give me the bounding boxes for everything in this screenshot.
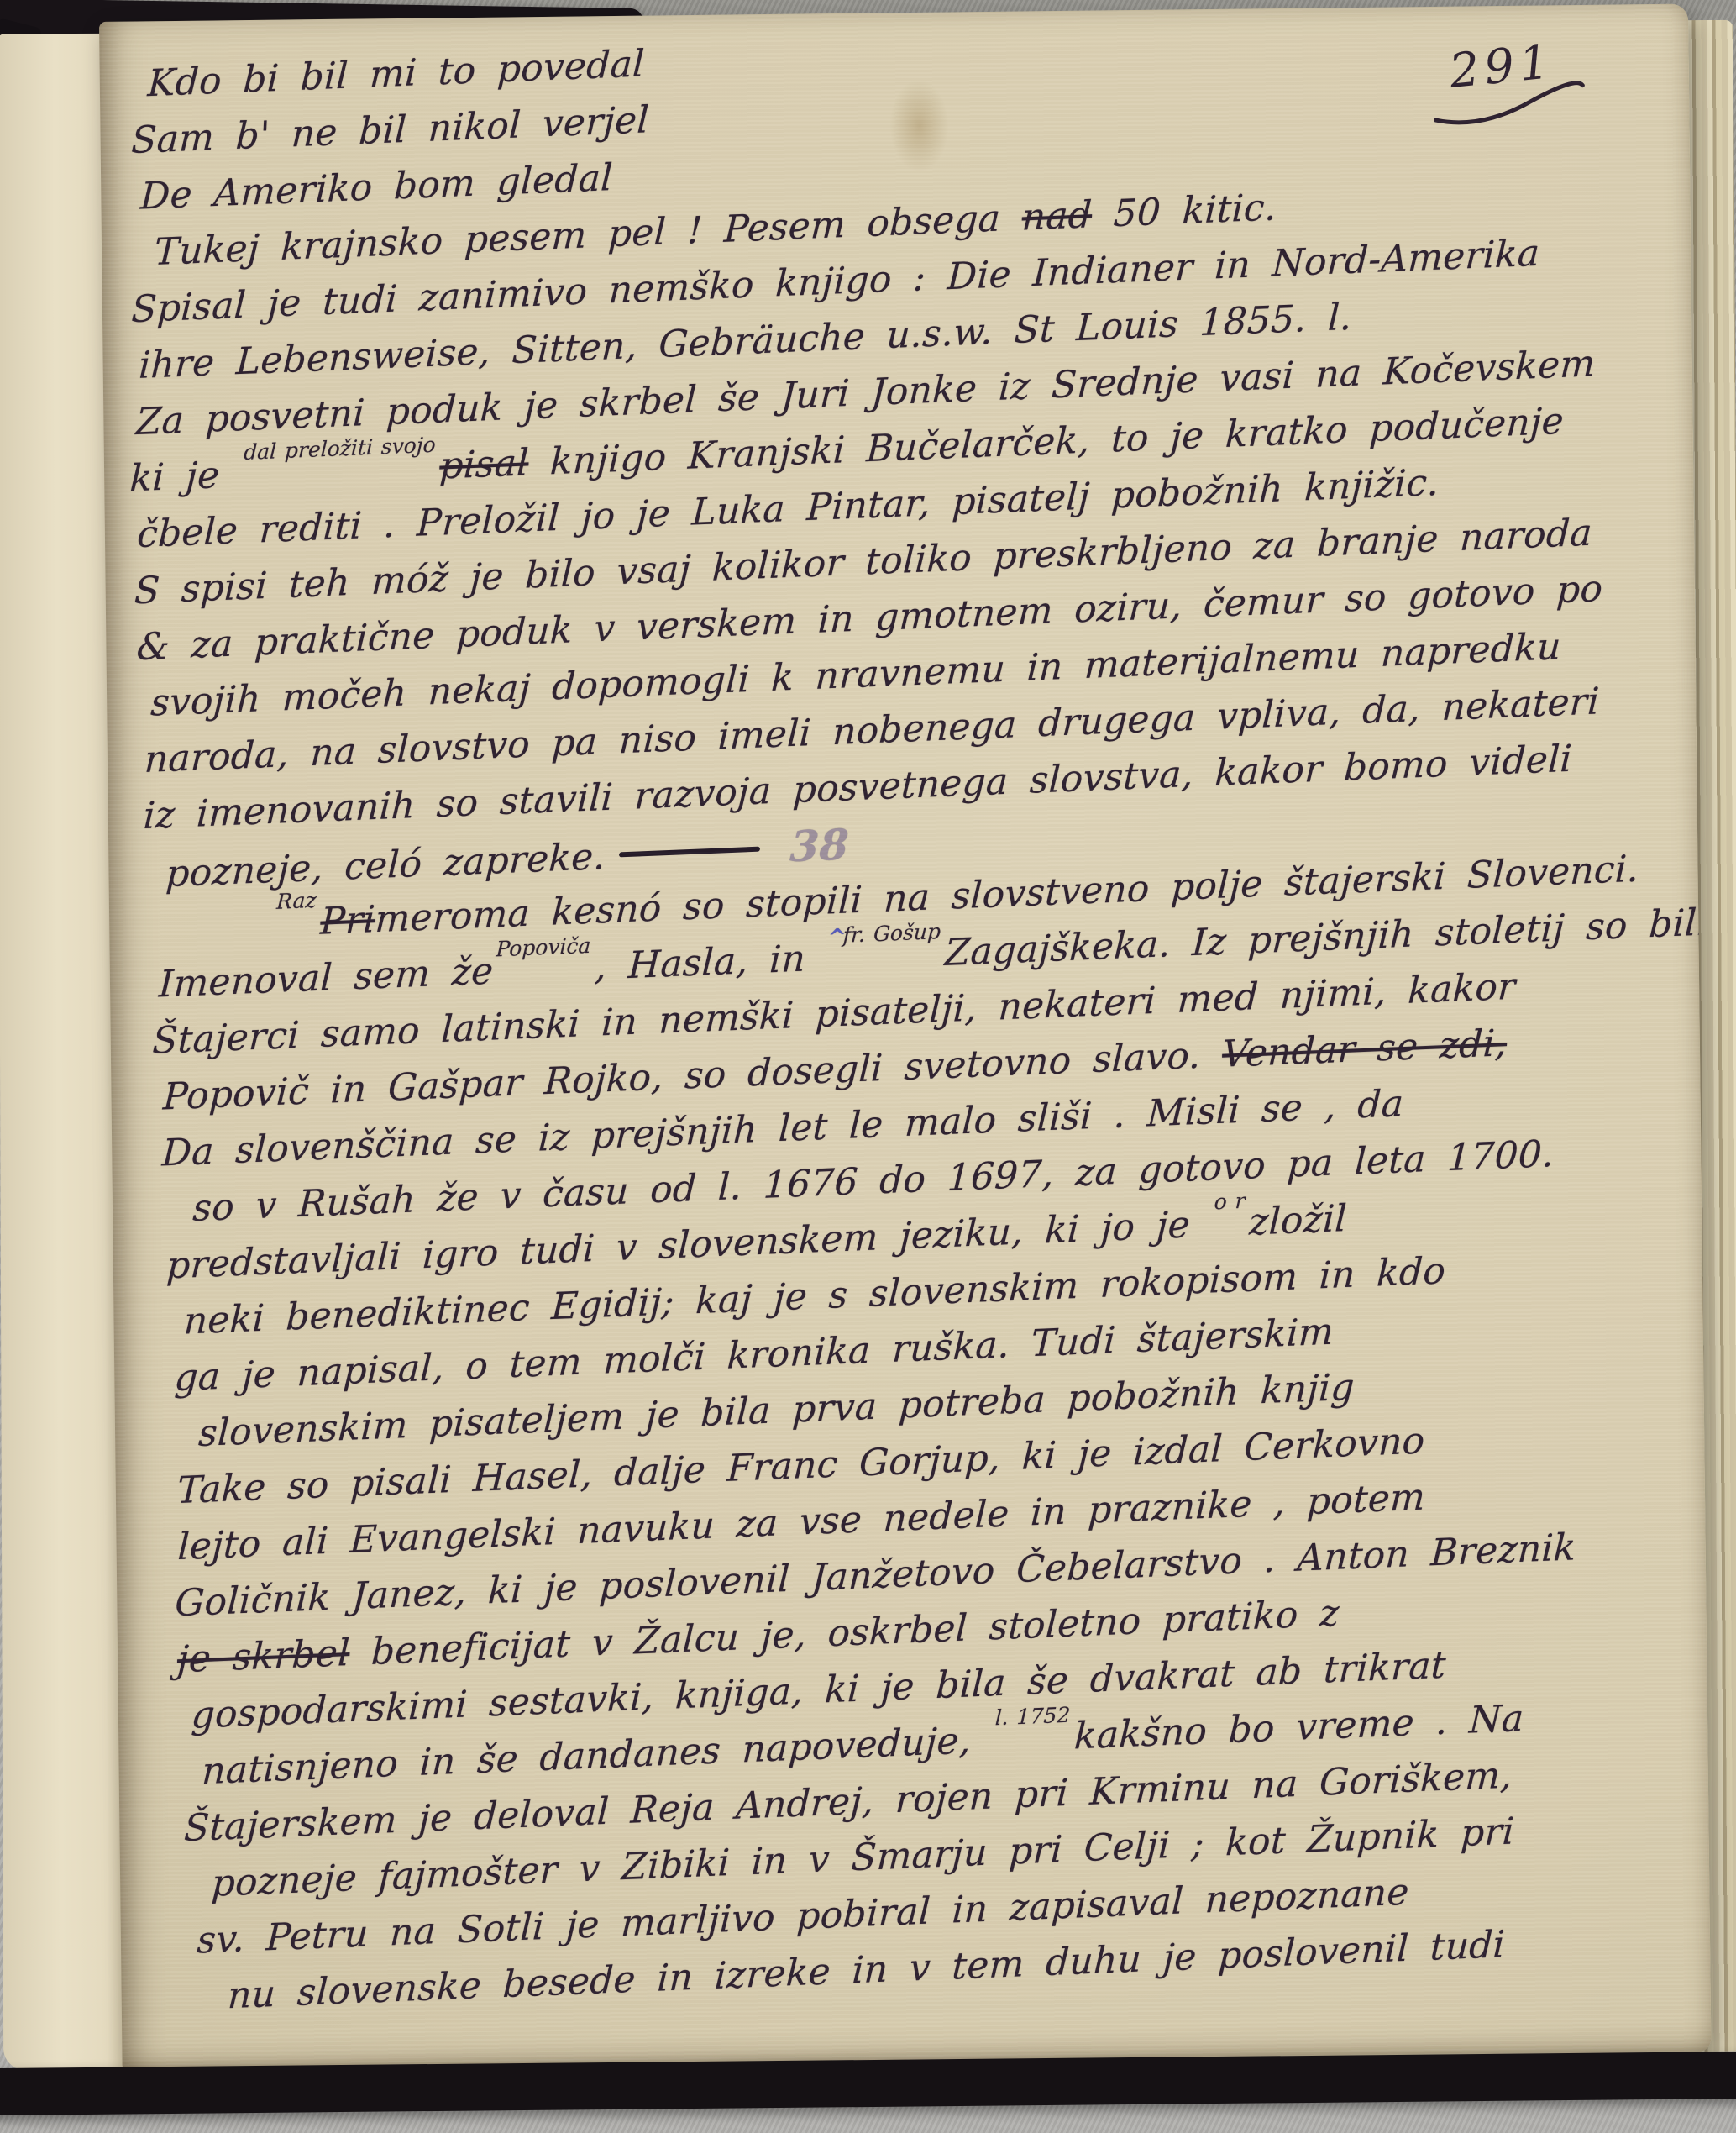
text-segment-strike: Vendar se zdi,	[1221, 1022, 1508, 1076]
text-segment-strike: Pri	[319, 898, 376, 943]
text-segment-dash	[619, 846, 760, 857]
text-segment-ins: dal preložiti svojo	[244, 445, 435, 453]
text-segment: zložil	[1248, 1197, 1348, 1244]
text-segment: Imenoval sem že	[158, 949, 495, 1006]
text-segment-strike: nad	[1021, 193, 1094, 239]
text-segment: 50 kitic.	[1091, 186, 1277, 236]
text-segment: ki je	[128, 453, 242, 500]
photo-of-manuscript-book: { "page": { "number": "291", "ink_color"…	[0, 0, 1736, 2133]
text-segment: , Hasla, in	[594, 936, 828, 988]
manuscript-page: 291 Kdo bi bil mi to povedalSam b' ne bi…	[99, 4, 1712, 2070]
text-segment-strike: pisal	[438, 441, 529, 487]
manuscript-text: Kdo bi bil mi to povedalSam b' ne bil ni…	[113, 4, 1711, 2025]
text-segment-ins: fr. Gošup	[843, 932, 941, 936]
text-segment-pencil: 38	[789, 819, 850, 871]
text-segment-ins: Popoviča	[496, 946, 591, 950]
text-segment-strike: je skrbel	[176, 1631, 351, 1681]
text-segment-ins: Raz	[276, 901, 316, 902]
text-segment-ins: l. 1752	[995, 1715, 1070, 1719]
text-segment-ins: o r	[1214, 1201, 1246, 1202]
